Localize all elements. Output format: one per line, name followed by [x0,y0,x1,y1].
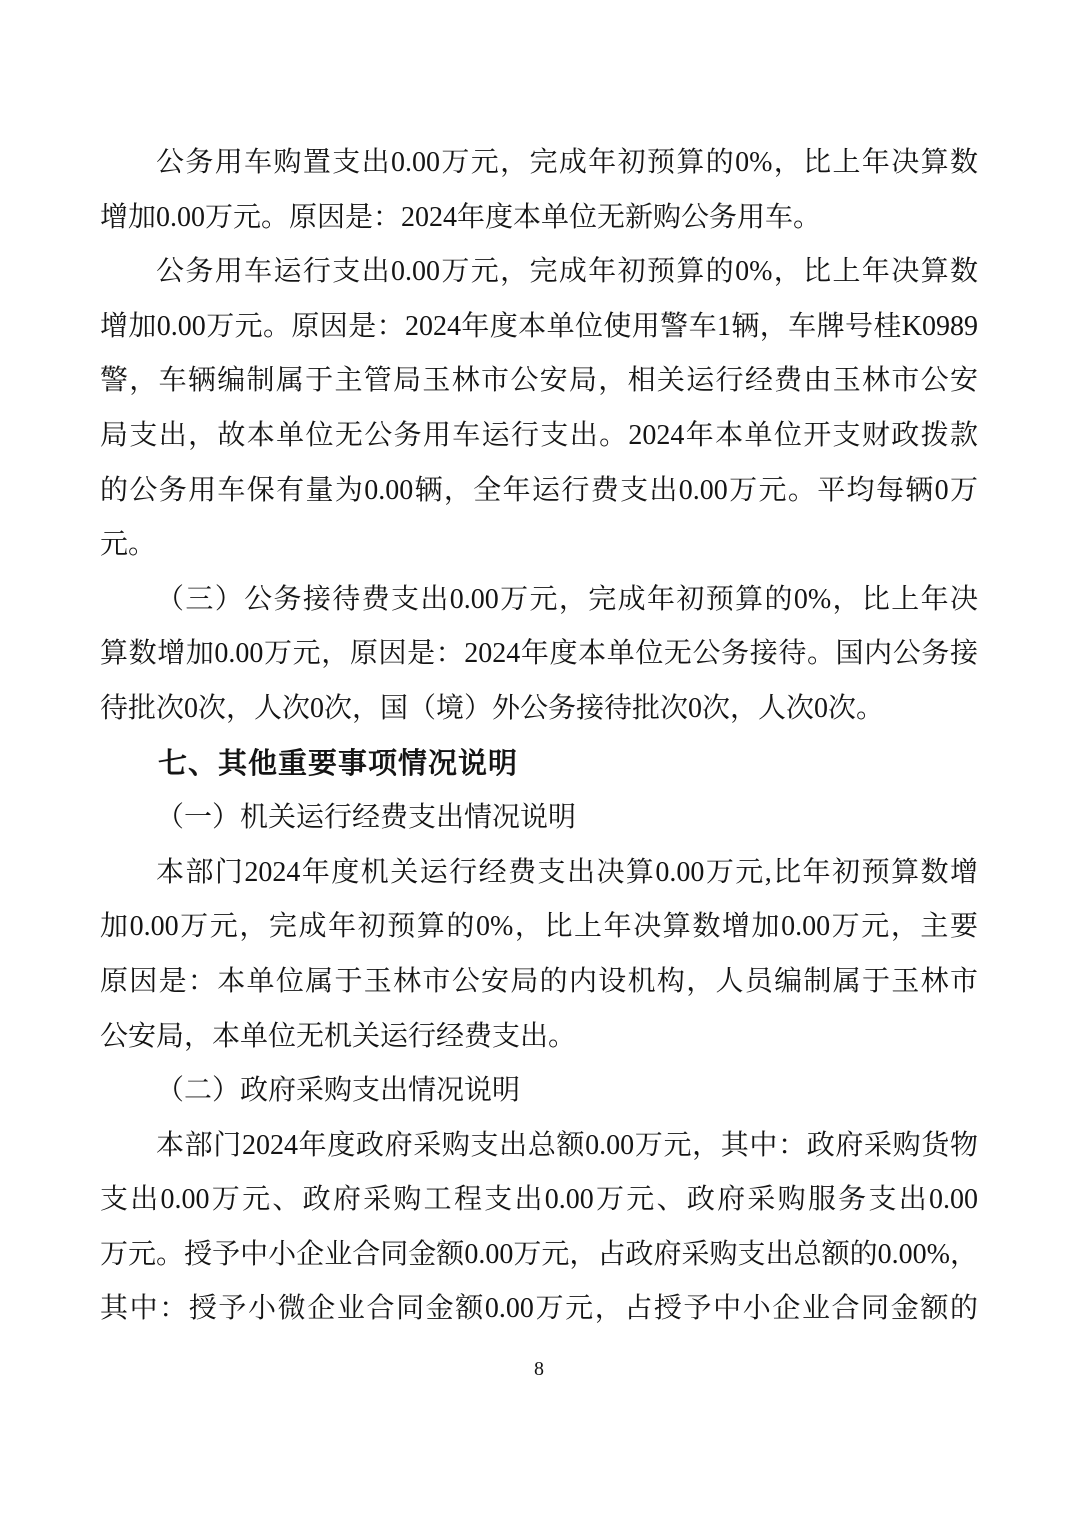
section-heading-other-important-matters: 七、其他重要事项情况说明 [100,737,978,792]
text-line: 警，车辆编制属于主管局玉林市公安局，相关运行经费由玉林市公安 [100,354,978,409]
text-line: 增加0.00万元。原因是：2024年度本单位使用警车1辆，车牌号桂K0989 [100,300,978,355]
text-line: 原因是：本单位属于玉林市公安局的内设机构，人员编制属于玉林市 [100,955,978,1010]
text-line: 增加0.00万元。原因是：2024年度本单位无新购公务用车。 [100,191,978,246]
text-line: 算数增加0.00万元，原因是：2024年度本单位无公务接待。国内公务接 [100,627,978,682]
text-line: 的公务用车保有量为0.00辆，全年运行费支出0.00万元。平均每辆0万 [100,464,978,519]
text-line: 公安局，本单位无机关运行经费支出。 [100,1010,978,1065]
text-line: 万元。授予中小企业合同金额0.00万元，占政府采购支出总额的0.00%， [100,1228,978,1283]
para-vehicle-purchase: 公务用车购置支出0.00万元，完成年初预算的0%，比上年决算数 增加0.00万元… [100,136,978,245]
text-line: 公务用车购置支出0.00万元，完成年初预算的0%，比上年决算数 [100,136,978,191]
para-vehicle-operation: 公务用车运行支出0.00万元，完成年初预算的0%，比上年决算数 增加0.00万元… [100,245,978,573]
text-line: 元。 [100,518,978,573]
para-agency-operating-funds: 本部门2024年度机关运行经费支出决算0.00万元,比年初预算数增 加0.00万… [100,846,978,1064]
text-line: 加0.00万元，完成年初预算的0%，比上年决算数增加0.00万元，主要 [100,900,978,955]
text-line: 公务用车运行支出0.00万元，完成年初预算的0%，比上年决算数 [100,245,978,300]
text-line: （三）公务接待费支出0.00万元，完成年初预算的0%，比上年决 [100,573,978,628]
text-line: 支出0.00万元、政府采购工程支出0.00万元、政府采购服务支出0.00 [100,1173,978,1228]
subheading-government-procurement: （二）政府采购支出情况说明 [100,1064,978,1119]
document-page: 公务用车购置支出0.00万元，完成年初预算的0%，比上年决算数 增加0.00万元… [0,0,1074,1520]
subsection-heading: （一）机关运行经费支出情况说明 [100,791,978,846]
text-line: 局支出，故本单位无公务用车运行支出。2024年本单位开支财政拨款 [100,409,978,464]
text-line: 其中：授予小微企业合同金额0.00万元，占授予中小企业合同金额的 [100,1282,978,1337]
text-line: 待批次0次，人次0次，国（境）外公务接待批次0次，人次0次。 [100,682,978,737]
text-line: 本部门2024年度机关运行经费支出决算0.00万元,比年初预算数增 [100,846,978,901]
subsection-heading: （二）政府采购支出情况说明 [100,1064,978,1119]
para-government-procurement: 本部门2024年度政府采购支出总额0.00万元，其中：政府采购货物 支出0.00… [100,1119,978,1337]
subheading-agency-operating-funds: （一）机关运行经费支出情况说明 [100,791,978,846]
page-number: 8 [100,1349,978,1389]
section-heading: 七、其他重要事项情况说明 [100,737,978,792]
para-official-reception: （三）公务接待费支出0.00万元，完成年初预算的0%，比上年决 算数增加0.00… [100,573,978,737]
text-line: 本部门2024年度政府采购支出总额0.00万元，其中：政府采购货物 [100,1119,978,1174]
